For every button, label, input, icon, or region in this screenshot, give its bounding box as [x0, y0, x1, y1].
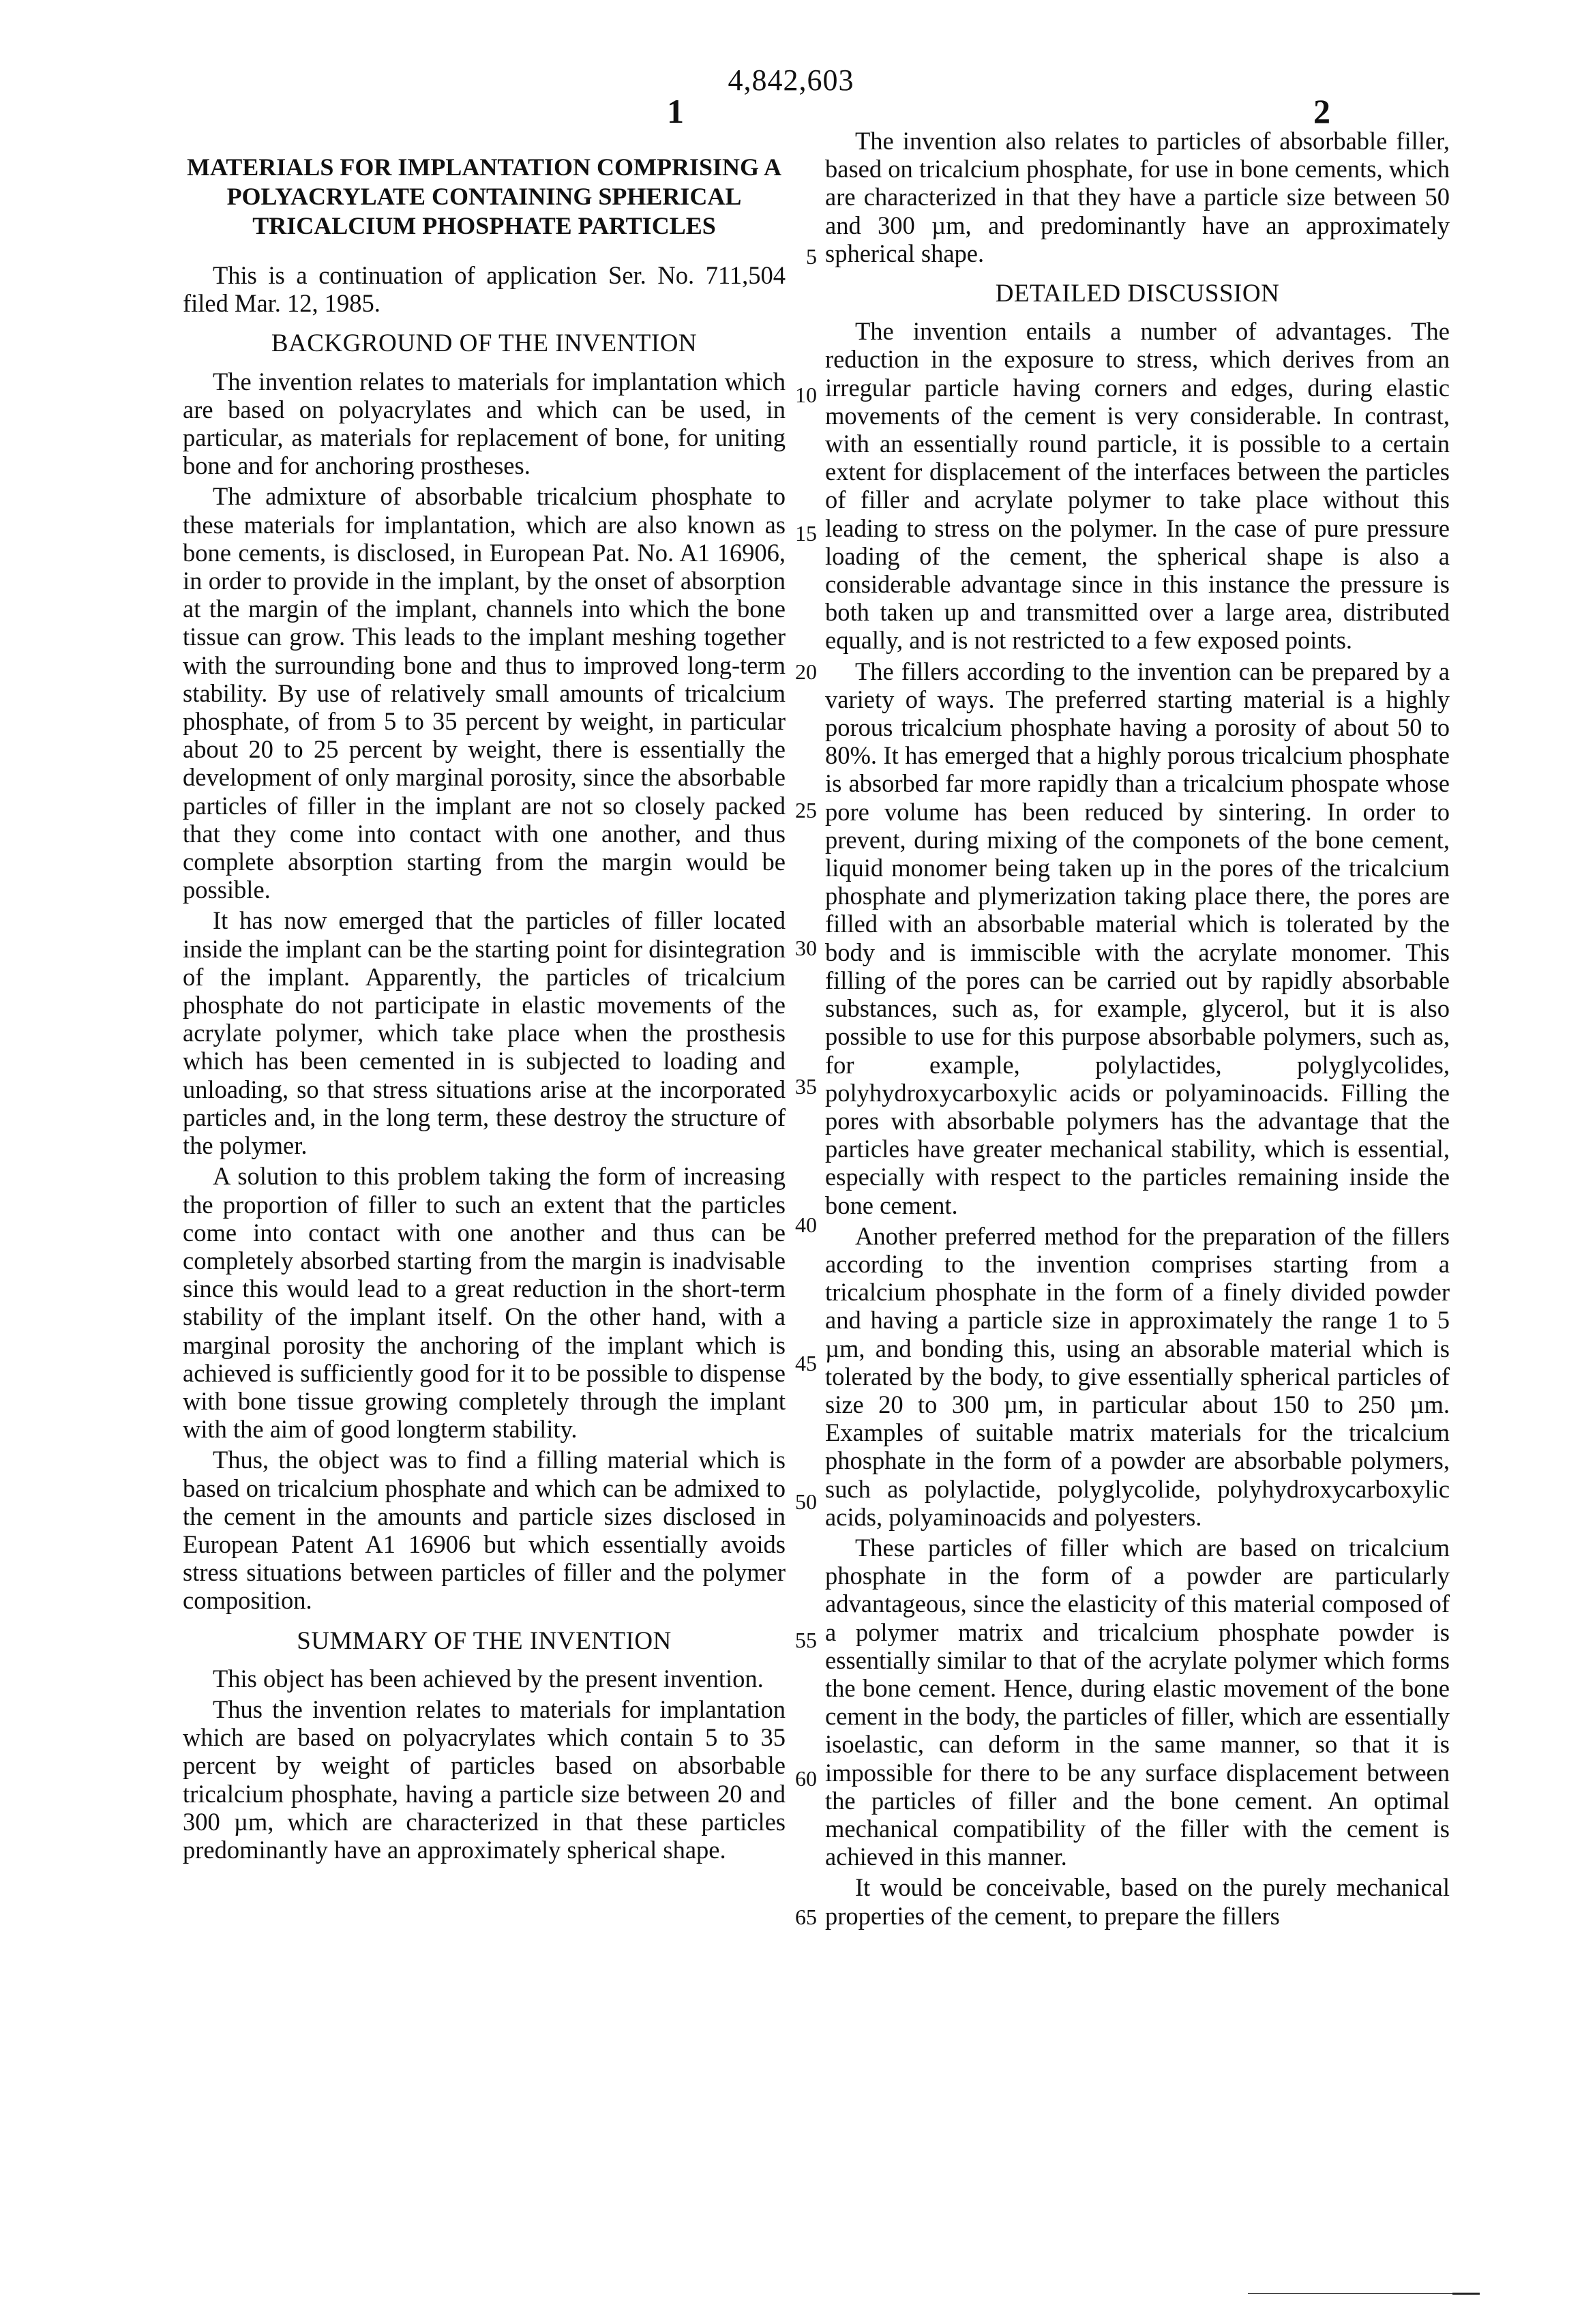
column-number-right: 2: [1313, 91, 1330, 131]
line-number: 60: [779, 1766, 817, 1791]
background-paragraph: Thus, the object was to find a filling m…: [183, 1446, 786, 1614]
intro-paragraph: The invention also relates to particles …: [825, 127, 1450, 267]
background-paragraph: The admixture of absorbable tricalcium p…: [183, 482, 786, 904]
discussion-paragraph: These particles of filler which are base…: [825, 1534, 1450, 1871]
background-heading: BACKGROUND OF THE INVENTION: [183, 329, 786, 357]
left-column: MATERIALS FOR IMPLANTATION COMPRISING A …: [183, 127, 786, 1866]
right-column: The invention also relates to particles …: [825, 127, 1450, 1933]
line-number: 55: [779, 1628, 817, 1653]
discussion-paragraph: It would be conceivable, based on the pu…: [825, 1873, 1450, 1929]
bottom-rule-mark: [1452, 2293, 1480, 2295]
line-number: 5: [779, 244, 817, 269]
background-paragraph: The invention relates to materials for i…: [183, 368, 786, 480]
line-number: 50: [779, 1489, 817, 1515]
line-number: 25: [779, 798, 817, 823]
discussion-paragraph: The fillers according to the invention c…: [825, 657, 1450, 1219]
line-number: 30: [779, 936, 817, 961]
continuation-note: This is a continuation of application Se…: [183, 261, 786, 317]
discussion-paragraph: The invention entails a number of advant…: [825, 317, 1450, 654]
discussion-heading: DETAILED DISCUSSION: [825, 280, 1450, 308]
line-number: 35: [779, 1074, 817, 1099]
column-number-left: 1: [667, 91, 684, 131]
background-paragraph: It has now emerged that the particles of…: [183, 906, 786, 1159]
patent-number: 4,842,603: [0, 63, 1582, 98]
bottom-rule: [1248, 2293, 1480, 2294]
line-number: 20: [779, 659, 817, 685]
document-title: MATERIALS FOR IMPLANTATION COMPRISING A …: [183, 153, 786, 241]
line-number: 10: [779, 383, 817, 408]
summary-paragraph: Thus the invention relates to materials …: [183, 1695, 786, 1864]
line-number: 45: [779, 1351, 817, 1376]
background-paragraph: A solution to this problem taking the fo…: [183, 1162, 786, 1443]
summary-heading: SUMMARY OF THE INVENTION: [183, 1627, 786, 1655]
line-number: 65: [779, 1905, 817, 1930]
line-number: 15: [779, 521, 817, 546]
discussion-paragraph: Another preferred method for the prepara…: [825, 1222, 1450, 1531]
summary-paragraph: This object has been achieved by the pre…: [183, 1665, 786, 1693]
line-number: 40: [779, 1212, 817, 1238]
